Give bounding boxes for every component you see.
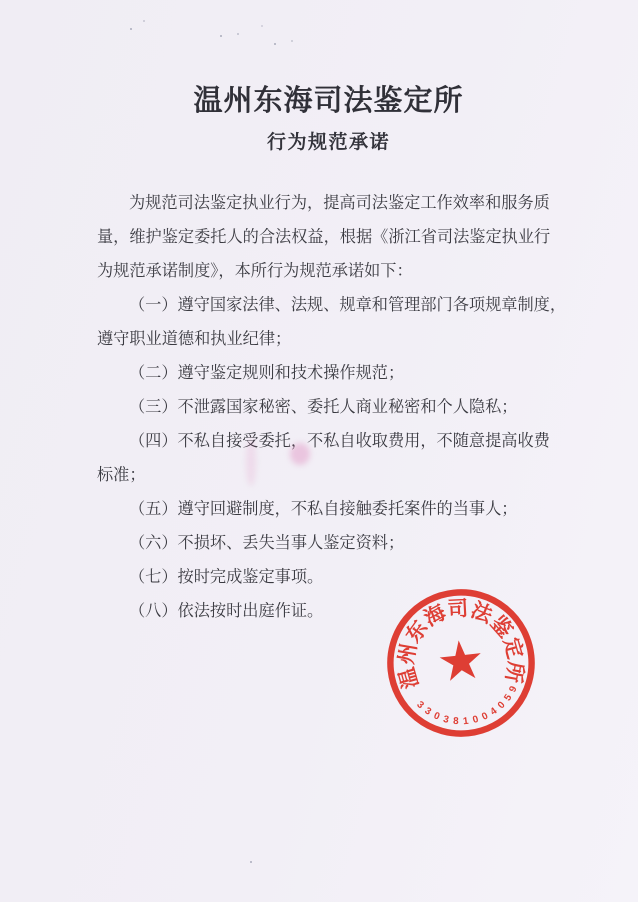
text-line: 遵守职业道德和执业纪律； [97, 322, 567, 356]
text-line: 为规范承诺制度》，本所行为规范承诺如下： [97, 254, 567, 288]
scanned-document-page: 温州东海司法鉴定所 行为规范承诺 为规范司法鉴定执业行为，提高司法鉴定工作效率和… [0, 0, 638, 902]
scan-speck [250, 861, 252, 863]
text-line: （六）不损坏、丢失当事人鉴定资料； [97, 526, 567, 560]
text-line: 为规范司法鉴定执业行为，提高司法鉴定工作效率和服务质 [97, 186, 567, 220]
scan-speck [143, 20, 145, 22]
text-line: （二）遵守鉴定规则和技术操作规范； [97, 356, 567, 390]
scan-speck [220, 35, 222, 37]
text-line: （五）遵守回避制度，不私自接触委托案件的当事人； [97, 492, 567, 526]
official-seal: 温州东海司法鉴定所 3303810040598 [374, 576, 548, 750]
document-title: 温州东海司法鉴定所 [0, 78, 638, 119]
document-body: 为规范司法鉴定执业行为，提高司法鉴定工作效率和服务质量，维护鉴定委托人的合法权益… [97, 186, 567, 628]
text-line: （四）不私自接受委托，不私自收取费用，不随意提高收费 [97, 424, 567, 458]
scan-speck [261, 25, 263, 27]
document-subtitle: 行为规范承诺 [0, 127, 638, 154]
scan-speck [274, 43, 276, 45]
seal-star-icon [438, 638, 483, 681]
scan-speck [291, 40, 293, 42]
text-line: （一）遵守国家法律、法规、规章和管理部门各项规章制度， [97, 288, 567, 322]
text-line: （三）不泄露国家秘密、委托人商业秘密和个人隐私； [97, 390, 567, 424]
scan-speck [237, 33, 239, 35]
text-line: 标准； [97, 458, 567, 492]
scan-speck [130, 28, 132, 30]
official-seal-graphic: 温州东海司法鉴定所 3303810040598 [374, 576, 548, 750]
text-line: 量，维护鉴定委托人的合法权益，根据《浙江省司法鉴定执业行 [97, 220, 567, 254]
